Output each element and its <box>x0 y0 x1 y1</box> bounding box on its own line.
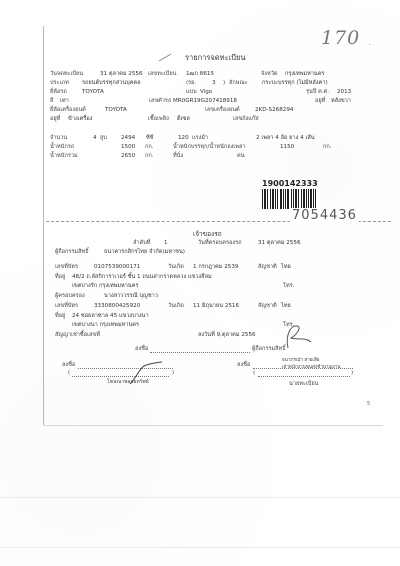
right-paren-open: ( <box>253 370 255 377</box>
model-label: แบบ <box>186 89 197 96</box>
type-label: ประเภท <box>50 80 69 87</box>
province-label: จังหวัด <box>261 71 277 78</box>
owner-signature-icon <box>283 320 313 350</box>
color-label: สี <box>50 98 53 105</box>
cylinders-unit: สูบ <box>100 135 107 142</box>
type-code-value: 3 <box>212 80 216 87</box>
weight-value: 1500 <box>121 144 135 151</box>
pen-stroke-icon <box>158 52 172 62</box>
engine-no-value: 2KD-S268294 <box>255 107 293 114</box>
holder-id-value: 3330800425920 <box>94 303 140 310</box>
reg-date-label: วันจดทะเบียน <box>50 71 83 78</box>
owner-id-label: เลขที่บัตร <box>55 264 78 271</box>
engine-brand-label: ยี่ห้อเครื่องยนต์ <box>50 107 86 114</box>
owner-addr-line2: เขตบางรัก กรุงเทพมหานคร <box>72 283 138 290</box>
seq-value: 1 <box>164 240 168 247</box>
possession-date-label: วันที่ครอบครองรถ <box>198 240 242 247</box>
chassis-loc-label: อยู่ที่ <box>315 98 325 105</box>
barcode-number: 1900142333 <box>262 179 318 188</box>
year-label: รุ่นปี ค.ศ. <box>306 89 329 96</box>
color-value: เทา <box>60 98 69 105</box>
owner-id-value: 0107539000171 <box>94 264 140 271</box>
type-code-suffix: ) <box>223 80 225 87</box>
left-paren-open: ( <box>68 370 70 377</box>
weight-unit: กก. <box>145 144 154 151</box>
gross-unit: กก. <box>145 153 154 160</box>
owner-dob-value: 1 กรกฎาคม 2539 <box>193 264 238 271</box>
cylinders-value: 4 <box>93 135 97 142</box>
right-sign-label: ลงชื่อ <box>237 362 250 369</box>
owner-signature-line <box>150 352 250 353</box>
chassis-value: MR0GR19G207418918 <box>173 98 237 105</box>
seq-label: ลำดับที่ <box>133 240 150 247</box>
cc-value: 2494 <box>121 135 135 142</box>
model-value: Vigo <box>200 89 212 96</box>
owner-tel-label: โทร. <box>283 283 294 290</box>
bottom-margin-line <box>43 425 383 426</box>
brand-label: ยี่ห้อรถ <box>50 89 67 96</box>
serial-number: 7054436 <box>290 208 359 223</box>
faint-scan-line <box>0 547 400 548</box>
hp-value: 120 <box>178 135 189 142</box>
reg-date-value: 31 ตุลาคม 2556 <box>100 71 143 78</box>
axles-wheels-value: 2 เพลา 4 ล้อ ยาง 4 เส้น <box>256 135 315 142</box>
body-label: ลักษณะ <box>229 80 248 87</box>
faint-scan-line <box>0 497 400 498</box>
holder-id-label: เลขที่บัตร <box>55 303 78 310</box>
owner-sign-role: ผู้ถือกรรมสิทธิ์ <box>252 346 286 353</box>
holder-addr-line2: เขตบางนา กรุงเทพมหานคร <box>72 322 139 329</box>
body-value: กระบะบรรทุก (ไม่มีหลังคา) <box>262 80 328 87</box>
brand-value: TOYOTA <box>82 89 104 96</box>
hp-unit: แรงม้า <box>192 135 208 142</box>
owner-nat-label: สัญชาติ <box>258 264 277 271</box>
left-margin-line <box>43 26 44 426</box>
seats-unit: คน <box>237 153 245 160</box>
chassis-label: เลขตัวรถ <box>149 98 171 105</box>
left-paren-close: ) <box>172 370 174 377</box>
handwritten-number: 170 <box>321 27 360 49</box>
page-mark: 5 <box>367 401 370 407</box>
weight-label: น้ำหนักรถ <box>50 144 74 151</box>
owner-label: ผู้ถือกรรมสิทธิ์ <box>55 249 89 256</box>
left-sign-label: ลงชื่อ <box>62 362 75 369</box>
seats-label: ที่นั่ง <box>173 153 183 160</box>
page-title: รายการจดทะเบียน <box>185 52 246 64</box>
owner-value: ธนาคารกสิกรไทย จำกัด(มหาชน) <box>104 249 185 256</box>
right-officer-name: ธนาภรณ์ฯ สายเสือ <box>282 357 320 364</box>
left-stamp-text: โฆษณาพลอยทรัพย์ <box>107 379 149 386</box>
fuel-value: ดีเซล <box>177 116 190 123</box>
possession-date-value: 31 ตุลาคม 2556 <box>258 240 301 247</box>
holder-nat-label: สัญชาติ <box>258 303 277 310</box>
gross-label: น้ำหนักรวม <box>50 153 78 160</box>
load-unit: กก. <box>323 144 332 151</box>
fuel-label: เชื้อเพลิง <box>148 116 169 123</box>
plate-label: เลขทะเบียน <box>148 71 176 78</box>
contract-label: สัญญาเช่าซื้อเลขที่ <box>55 332 100 339</box>
province-value: กรุงเทพมหานคร <box>285 71 325 78</box>
owner-nat-value: ไทย <box>281 264 291 271</box>
holder-dob-value: 11 มิถุนายน 2516 <box>193 303 239 310</box>
right-name-line <box>258 376 350 377</box>
load-value: 1150 <box>280 144 294 151</box>
holder-dob-label: วันเกิด <box>168 303 184 310</box>
owner-addr-label: ที่อยู่ <box>55 274 65 281</box>
holder-value: นางสาววรรณี บุญชาว <box>104 293 158 300</box>
type-value: รถยนต์บรรทุกส่วนบุคคล <box>82 80 141 87</box>
plate-value: 1ฒก 8615 <box>186 71 214 78</box>
owner-dob-label: วันเกิด <box>168 264 184 271</box>
year-value: 2013 <box>337 89 351 96</box>
load-label: น้ำหนักบรรทุก/น้ำหนักลงเพลา <box>173 144 246 151</box>
registrar-label: นายทะเบียน <box>289 381 319 388</box>
engine-loc-label: อยู่ที่ <box>50 116 60 123</box>
engine-brand-value: TOYOTA <box>105 107 127 114</box>
cylinders-label: จำนวน <box>50 135 67 142</box>
barcode-graphic <box>262 189 324 209</box>
engine-loc-value: ข้างเครื่อง <box>68 116 92 123</box>
engine-no-label: เลขเครื่องยนต์ <box>205 107 240 114</box>
holder-addr-label: ที่อยู่ <box>55 313 65 320</box>
chassis-loc-value: หลังขวา <box>331 98 351 105</box>
holder-nat-value: ไทย <box>281 303 291 310</box>
contract-date-value: ลงวันที่ 9,ตุลาคม 2556 <box>198 332 256 339</box>
gross-value: 2650 <box>121 153 135 160</box>
owner-addr-line1: 48/2 ถ.ลัสกิการาเวอร์ ชั้น 1 ถนนสากราดหล… <box>72 274 212 281</box>
owner-sign-label: ลงชื่อ <box>135 346 148 353</box>
holder-addr-line1: 24 ซอยลาซาล 45 แขวงบางนา <box>72 313 149 320</box>
right-paren-close: ) <box>351 370 353 377</box>
dot-mark: . <box>369 40 371 47</box>
owner-section-title: เจ้าของรถ <box>193 229 222 239</box>
gas-tank-label: เลขถังแก๊ส <box>233 116 259 123</box>
holder-label: ผู้ครอบครอง <box>55 293 85 300</box>
type-code-prefix: (รย. <box>186 80 196 87</box>
right-officer-title: เจ้าพนักงานขนส่งชำนาญงาน <box>282 364 340 371</box>
cc-unit: ซีซี <box>146 135 154 142</box>
